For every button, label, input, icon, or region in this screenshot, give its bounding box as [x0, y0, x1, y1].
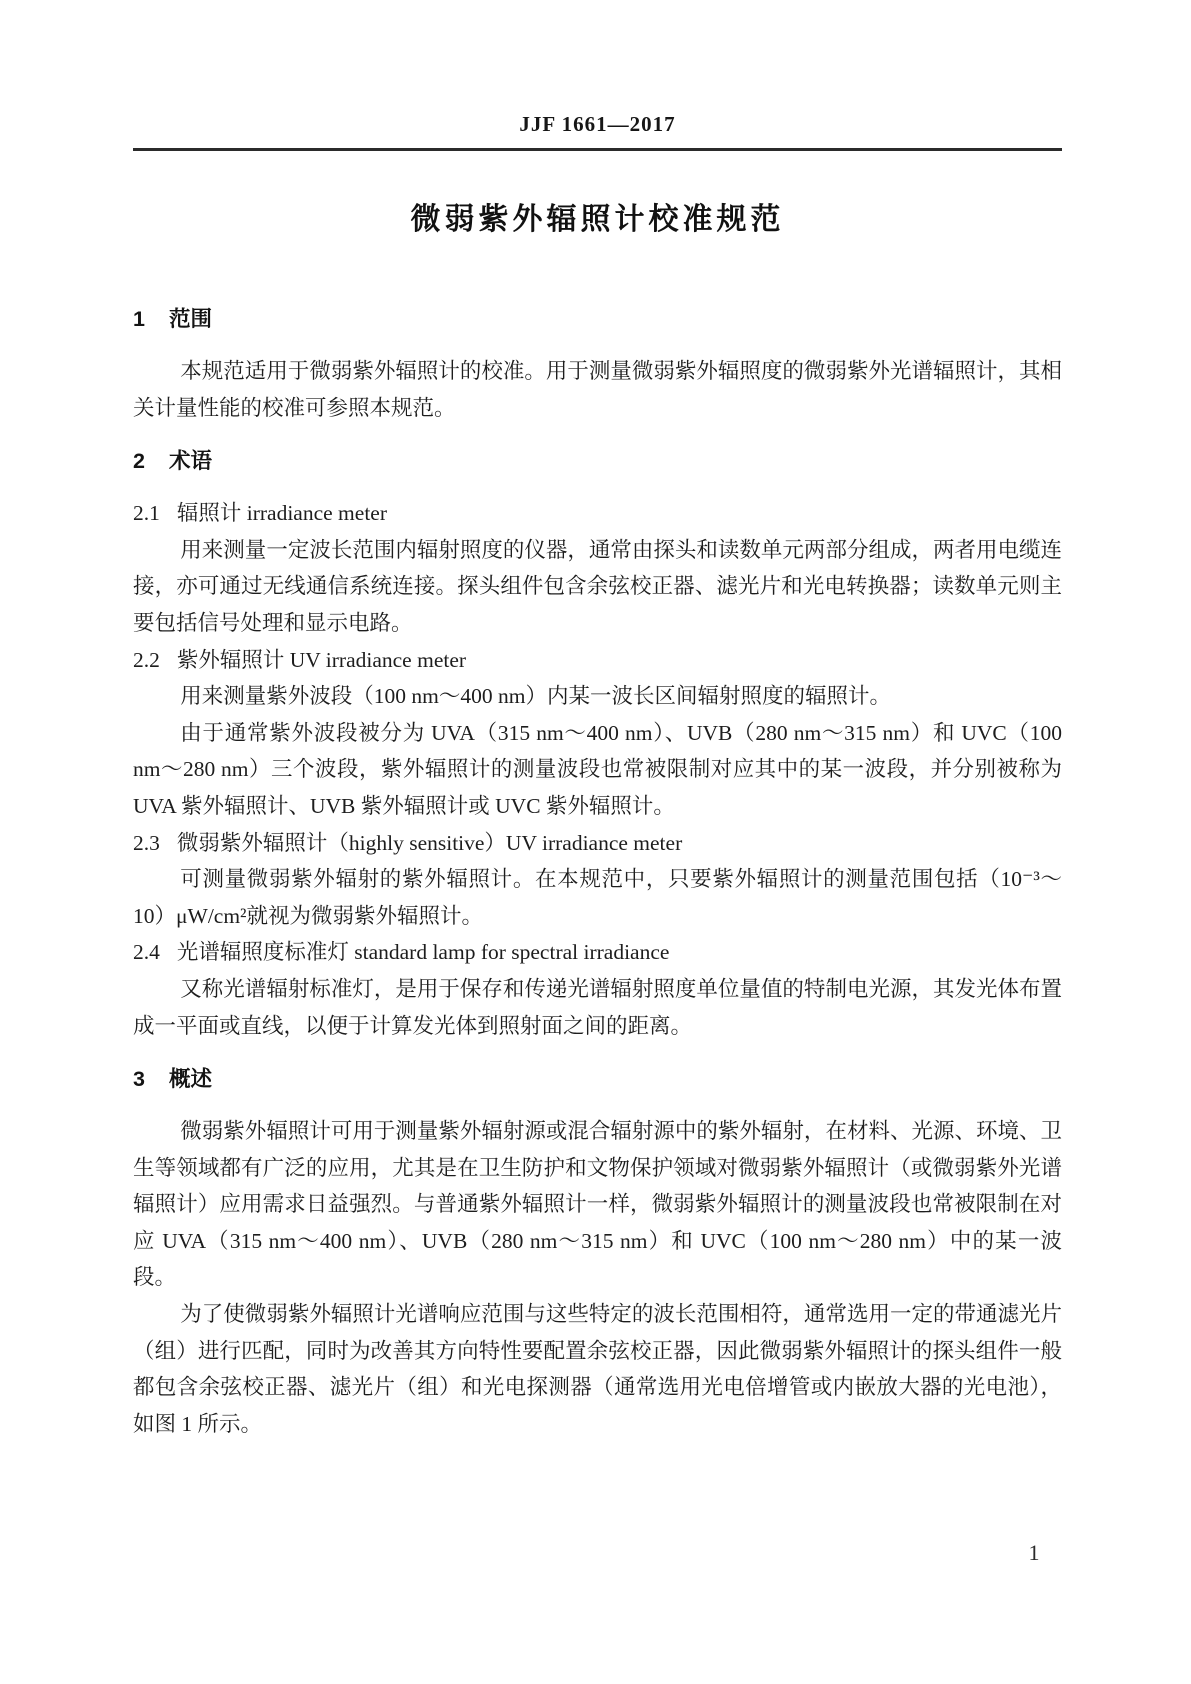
- subsection-term: 紫外辐照计 UV irradiance meter: [177, 648, 466, 672]
- paragraph: 用来测量紫外波段（100 nm～400 nm）内某一波长区间辐射照度的辐照计。: [133, 678, 1062, 715]
- paragraph: 微弱紫外辐照计可用于测量紫外辐射源或混合辐射源中的紫外辐射，在材料、光源、环境、…: [133, 1113, 1062, 1296]
- section-number: 2: [133, 443, 145, 480]
- section-number: 3: [133, 1061, 145, 1098]
- section-number: 1: [133, 301, 145, 338]
- section-title: 术语: [169, 449, 212, 473]
- page-content: JJF 1661—2017 微弱紫外辐照计校准规范 1范围 本规范适用于微弱紫外…: [133, 0, 1062, 1442]
- section-title: 概述: [169, 1067, 212, 1091]
- subsection-number: 2.2: [133, 642, 160, 679]
- section-3-heading: 3概述: [133, 1061, 1062, 1098]
- subsection-term: 辐照计 irradiance meter: [177, 501, 387, 525]
- header-rule: [133, 148, 1062, 151]
- subsection-number: 2.4: [133, 934, 160, 971]
- document-page: JJF 1661—2017 微弱紫外辐照计校准规范 1范围 本规范适用于微弱紫外…: [0, 0, 1191, 1684]
- subsection-heading-2-4: 2.4光谱辐照度标准灯 standard lamp for spectral i…: [133, 934, 1062, 971]
- section-title: 范围: [169, 307, 212, 331]
- paragraph: 用来测量一定波长范围内辐射照度的仪器，通常由探头和读数单元两部分组成，两者用电缆…: [133, 532, 1062, 642]
- subsection-heading-2-2: 2.2紫外辐照计 UV irradiance meter: [133, 642, 1062, 679]
- document-code: JJF 1661—2017: [133, 0, 1062, 137]
- paragraph: 可测量微弱紫外辐射的紫外辐照计。在本规范中，只要紫外辐照计的测量范围包括（10⁻…: [133, 861, 1062, 934]
- subsection-heading-2-1: 2.1辐照计 irradiance meter: [133, 495, 1062, 532]
- subsection-term: 光谱辐照度标准灯 standard lamp for spectral irra…: [177, 940, 670, 964]
- subsection-term: 微弱紫外辐照计（highly sensitive）UV irradiance m…: [177, 831, 682, 855]
- section-2-heading: 2术语: [133, 443, 1062, 480]
- section-1-heading: 1范围: [133, 301, 1062, 338]
- paragraph: 为了使微弱紫外辐照计光谱响应范围与这些特定的波长范围相符，通常选用一定的带通滤光…: [133, 1296, 1062, 1442]
- subsection-number: 2.1: [133, 495, 160, 532]
- paragraph: 本规范适用于微弱紫外辐照计的校准。用于测量微弱紫外辐照度的微弱紫外光谱辐照计，其…: [133, 353, 1062, 426]
- paragraph: 又称光谱辐射标准灯，是用于保存和传递光谱辐射照度单位量值的特制电光源，其发光体布…: [133, 971, 1062, 1044]
- subsection-number: 2.3: [133, 825, 160, 862]
- subsection-heading-2-3: 2.3微弱紫外辐照计（highly sensitive）UV irradianc…: [133, 825, 1062, 862]
- document-title: 微弱紫外辐照计校准规范: [133, 201, 1062, 239]
- paragraph: 由于通常紫外波段被分为 UVA（315 nm～400 nm）、UVB（280 n…: [133, 715, 1062, 825]
- page-number: 1: [1022, 1540, 1046, 1566]
